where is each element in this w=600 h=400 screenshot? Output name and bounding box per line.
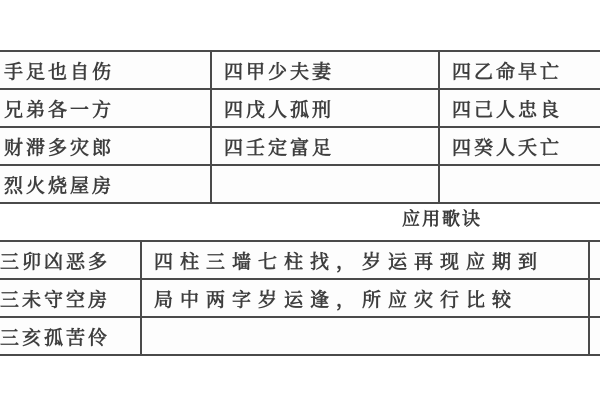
table-cell: 四乙命早亡 <box>439 51 600 89</box>
table-cell: 四甲少夫妻 <box>211 51 439 89</box>
table-cell: 四戊人孤刑 <box>211 89 439 127</box>
table-row: 财滞多灾郎 四壬定富足 四癸人夭亡 <box>0 127 600 165</box>
table-cell: 财滞多灾郎 <box>0 127 211 165</box>
table-cell: 三未守空房 <box>0 279 141 317</box>
table-cell: 三亥孤苦伶 <box>0 317 141 355</box>
table-cell <box>439 165 600 203</box>
table-cell: 局中两字岁运逢，所应灾行比较 <box>141 279 589 317</box>
table-cell: 手足也自伤 <box>0 51 211 89</box>
table-row: 三卯凶恶多 四柱三墙七柱找，岁运再现应期到 <box>0 241 600 279</box>
section-title: 应用歌诀 <box>402 205 482 231</box>
table-cell <box>589 279 600 317</box>
table-row: 兄弟各一方 四戊人孤刑 四己人忠良 <box>0 89 600 127</box>
page: 手足也自伤 四甲少夫妻 四乙命早亡 兄弟各一方 四戊人孤刑 四己人忠良 财滞多灾… <box>0 0 600 400</box>
table-cell: 三卯凶恶多 <box>0 241 141 279</box>
table-cell: 四癸人夭亡 <box>439 127 600 165</box>
table-cell <box>211 165 439 203</box>
table-cell <box>589 241 600 279</box>
table-row: 三亥孤苦伶 <box>0 317 600 355</box>
table-row: 三未守空房 局中两字岁运逢，所应灾行比较 <box>0 279 600 317</box>
table-cell <box>141 317 589 355</box>
table-cell: 四壬定富足 <box>211 127 439 165</box>
verse-table-top: 手足也自伤 四甲少夫妻 四乙命早亡 兄弟各一方 四戊人孤刑 四己人忠良 财滞多灾… <box>0 50 600 204</box>
table-cell: 四柱三墙七柱找，岁运再现应期到 <box>141 241 589 279</box>
verse-table-bottom: 三卯凶恶多 四柱三墙七柱找，岁运再现应期到 三未守空房 局中两字岁运逢，所应灾行… <box>0 240 600 356</box>
table-cell: 兄弟各一方 <box>0 89 211 127</box>
table-cell: 四己人忠良 <box>439 89 600 127</box>
table-cell: 烈火烧屋房 <box>0 165 211 203</box>
table-cell <box>589 317 600 355</box>
table-row: 手足也自伤 四甲少夫妻 四乙命早亡 <box>0 51 600 89</box>
table-row: 烈火烧屋房 <box>0 165 600 203</box>
